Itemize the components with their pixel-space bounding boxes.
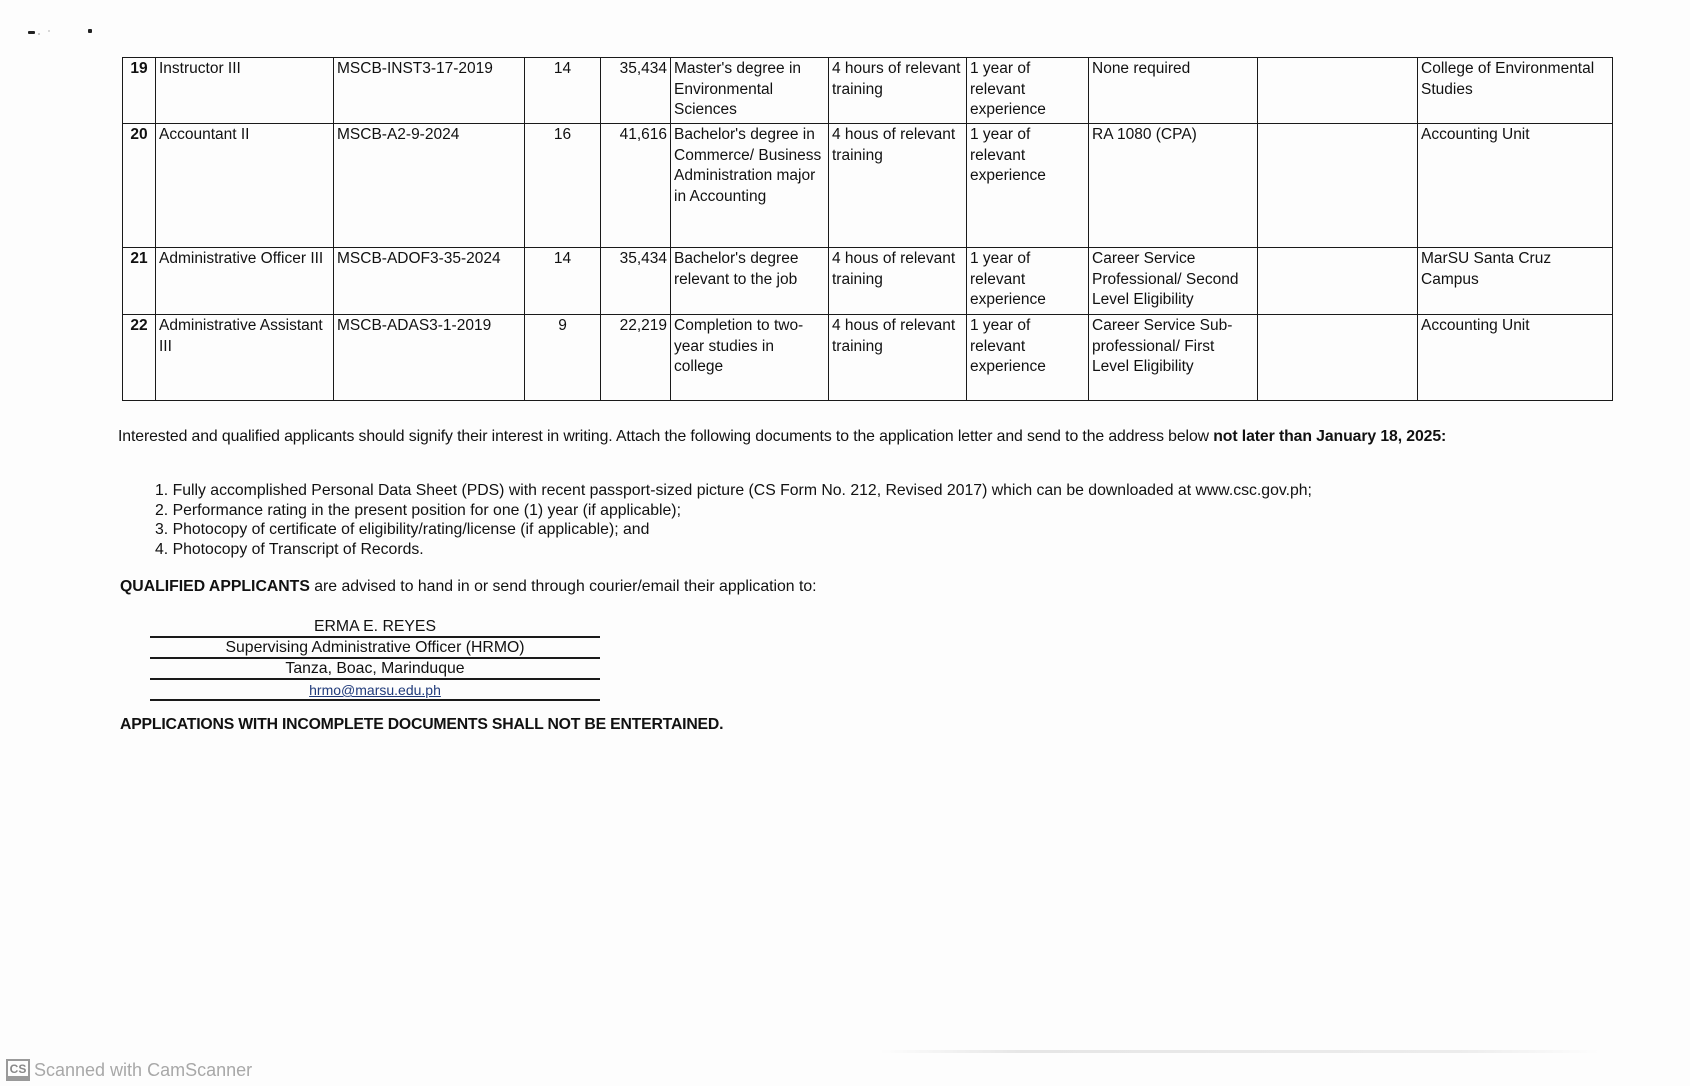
eligibility-requirement: Career Service Professional/ Second Leve… (1089, 248, 1258, 315)
training-requirement: 4 hours of relevant training (829, 58, 967, 124)
salary-grade: 14 (525, 58, 601, 124)
contact-block: ERMA E. REYES Supervising Administrative… (150, 618, 600, 702)
row-number: 21 (123, 248, 156, 315)
eligibility-requirement: RA 1080 (CPA) (1089, 124, 1258, 248)
education-requirement: Bachelor's degree in Commerce/ Business … (671, 124, 829, 248)
training-requirement: 4 hous of relevant training (829, 248, 967, 315)
table-row: 21Administrative Officer IIIMSCB-ADOF3-3… (123, 248, 1613, 315)
monthly-salary: 35,434 (601, 248, 671, 315)
row-number: 19 (123, 58, 156, 124)
requirement-item: 3. Photocopy of certificate of eligibili… (155, 520, 1312, 540)
incomplete-documents-warning: APPLICATIONS WITH INCOMPLETE DOCUMENTS S… (120, 716, 723, 734)
requirement-item: 1. Fully accomplished Personal Data Shee… (155, 481, 1312, 501)
contact-address: Tanza, Boac, Marinduque (150, 660, 600, 680)
eligibility-requirement: Career Service Sub-professional/ First L… (1089, 315, 1258, 401)
competency-cell (1258, 248, 1418, 315)
vacancy-table: 19Instructor IIIMSCB-INST3-17-20191435,4… (122, 57, 1613, 401)
place-of-assignment: Accounting Unit (1418, 315, 1613, 401)
plantilla-item-number: MSCB-ADOF3-35-2024 (334, 248, 525, 315)
salary-grade: 14 (525, 248, 601, 315)
contact-name: ERMA E. REYES (150, 618, 600, 638)
salary-grade: 16 (525, 124, 601, 248)
education-requirement: Master's degree in Environmental Science… (671, 58, 829, 124)
advice-text: are advised to hand in or send through c… (310, 578, 817, 595)
competency-cell (1258, 58, 1418, 124)
advice-paragraph: QUALIFIED APPLICANTS are advised to hand… (120, 578, 817, 596)
competency-cell (1258, 315, 1418, 401)
place-of-assignment: College of Environmental Studies (1418, 58, 1613, 124)
instructions-paragraph: Interested and qualified applicants shou… (118, 428, 1446, 446)
table-row: 22Administrative Assistant IIIMSCB-ADAS3… (123, 315, 1613, 401)
place-of-assignment: Accounting Unit (1418, 124, 1613, 248)
plantilla-item-number: MSCB-ADAS3-1-2019 (334, 315, 525, 401)
experience-requirement: 1 year of relevant experience (967, 315, 1089, 401)
monthly-salary: 22,219 (601, 315, 671, 401)
contact-title: Supervising Administrative Officer (HRMO… (150, 639, 600, 659)
experience-requirement: 1 year of relevant experience (967, 124, 1089, 248)
watermark-text: Scanned with CamScanner (34, 1060, 252, 1081)
experience-requirement: 1 year of relevant experience (967, 248, 1089, 315)
camscanner-watermark: CS Scanned with CamScanner (6, 1059, 252, 1081)
row-number: 22 (123, 315, 156, 401)
eligibility-requirement: None required (1089, 58, 1258, 124)
table-row: 19Instructor IIIMSCB-INST3-17-20191435,4… (123, 58, 1613, 124)
education-requirement: Completion to two-year studies in colleg… (671, 315, 829, 401)
instructions-intro: Interested and qualified applicants shou… (118, 428, 1213, 445)
requirements-list: 1. Fully accomplished Personal Data Shee… (155, 481, 1312, 559)
salary-grade: 9 (525, 315, 601, 401)
table-row: 20Accountant IIMSCB-A2-9-20241641,616Bac… (123, 124, 1613, 248)
position-title: Administrative Officer III (156, 248, 334, 315)
requirement-item: 2. Performance rating in the present pos… (155, 501, 1312, 521)
monthly-salary: 35,434 (601, 58, 671, 124)
competency-cell (1258, 124, 1418, 248)
position-title: Instructor III (156, 58, 334, 124)
plantilla-item-number: MSCB-INST3-17-2019 (334, 58, 525, 124)
deadline-text: not later than January 18, 2025: (1213, 428, 1446, 445)
education-requirement: Bachelor's degree relevant to the job (671, 248, 829, 315)
contact-email-line: hrmo@marsu.edu.ph (150, 681, 600, 701)
training-requirement: 4 hous of relevant training (829, 124, 967, 248)
camscanner-logo-icon: CS (6, 1059, 30, 1081)
training-requirement: 4 hous of relevant training (829, 315, 967, 401)
place-of-assignment: MarSU Santa Cruz Campus (1418, 248, 1613, 315)
advice-bold: QUALIFIED APPLICANTS (120, 578, 310, 595)
contact-email-link[interactable]: hrmo@marsu.edu.ph (309, 682, 441, 698)
experience-requirement: 1 year of relevant experience (967, 58, 1089, 124)
plantilla-item-number: MSCB-A2-9-2024 (334, 124, 525, 248)
position-title: Administrative Assistant III (156, 315, 334, 401)
requirement-item: 4. Photocopy of Transcript of Records. (155, 540, 1312, 560)
monthly-salary: 41,616 (601, 124, 671, 248)
position-title: Accountant II (156, 124, 334, 248)
row-number: 20 (123, 124, 156, 248)
scan-specks (28, 28, 98, 38)
scan-artifact-line (880, 1050, 1600, 1053)
